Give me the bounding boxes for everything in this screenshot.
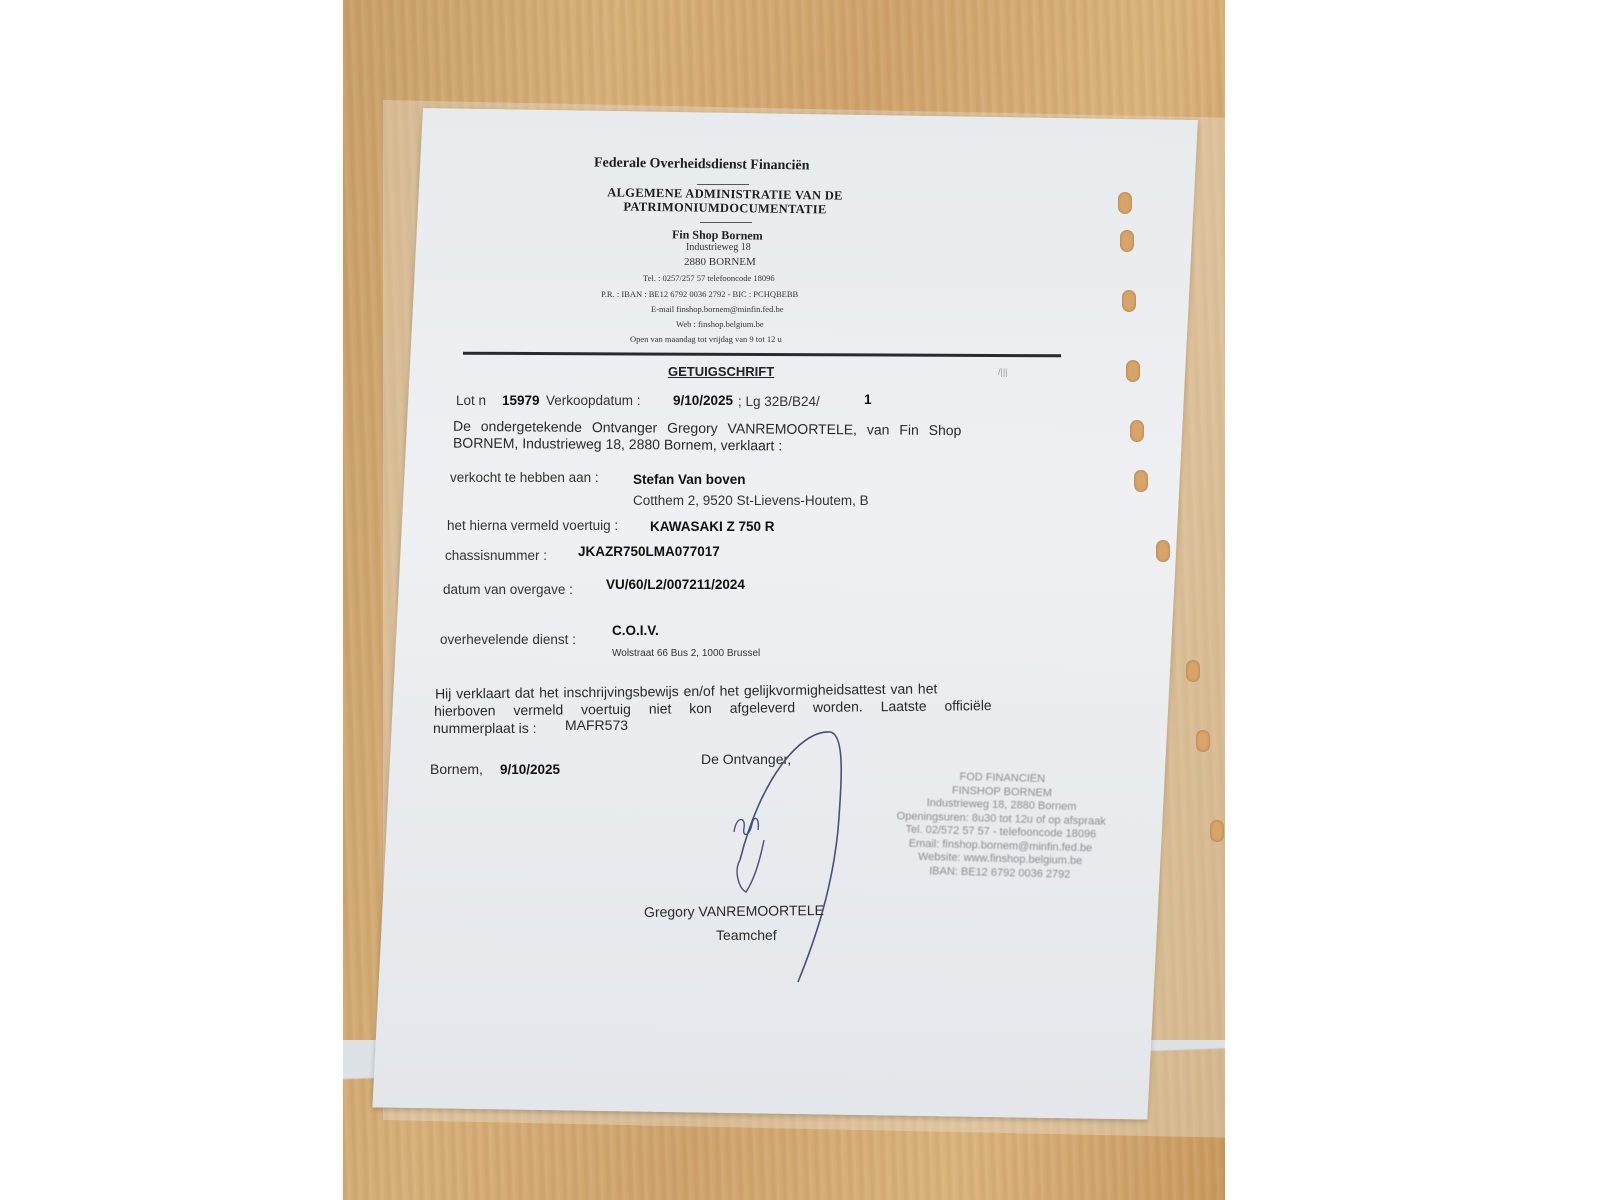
office-hours: Open van maandag tot vrijdag van 9 tot 1… (630, 334, 782, 344)
chassis-number: JKAZR750LMA077017 (578, 544, 720, 559)
punch-hole (1130, 420, 1144, 442)
transfer-service-label: overhevelende dienst : (440, 632, 576, 647)
sale-date: 9/10/2025 (673, 393, 733, 408)
lot-label: Lot n (456, 393, 486, 408)
agency-name: Federale Overheidsdienst Financiën (594, 155, 810, 174)
signatory-name: Gregory VANREMOORTELE (644, 902, 824, 920)
plate-label: nummerplaat is : (433, 720, 536, 736)
office-phone: Tel. : 0257/257 57 telefooncode 18096 (643, 273, 775, 283)
punch-hole (1196, 730, 1210, 752)
signature-icon (720, 720, 860, 990)
document-photo (343, 0, 1225, 1200)
vehicle-model: KAWASAKI Z 750 R (650, 519, 775, 534)
vehicle-label: het hierna vermeld voertuig : (447, 518, 618, 533)
office-street: Industrieweg 18 (686, 242, 751, 253)
punch-hole (1122, 290, 1136, 312)
sign-date: 9/10/2025 (500, 762, 560, 777)
plate-number: MAFR573 (565, 717, 628, 733)
lg-reference: ; Lg 32B/B24/ (738, 394, 820, 409)
sign-place: Bornem, (430, 761, 483, 777)
handover-reference: VU/60/L2/007211/2024 (606, 577, 745, 592)
office-city: 2880 BORNEM (684, 256, 756, 268)
lot-number: 15979 (502, 393, 540, 408)
transfer-service-name: C.O.I.V. (612, 623, 659, 638)
divider (697, 184, 749, 185)
handover-label: datum van overgave : (443, 582, 573, 597)
buyer-name: Stefan Van boven (633, 472, 746, 487)
office-stamp: FOD FINANCIËN FINSHOP BORNEM Industriewe… (875, 769, 1128, 884)
punch-hole (1118, 192, 1132, 214)
punch-hole (1156, 540, 1170, 562)
chassis-label: chassisnummer : (445, 548, 547, 563)
punch-hole (1126, 360, 1140, 382)
office-bank: P.R. : IBAN : BE12 6792 0036 2792 - BIC … (601, 289, 798, 299)
office-email: E-mail finshop.bornem@minfin.fed.be (651, 304, 783, 314)
punch-hole (1120, 230, 1134, 252)
punch-hole (1134, 470, 1148, 492)
signatory-role: Teamchef (716, 927, 777, 943)
punch-hole (1210, 820, 1224, 842)
office-web: Web : finshop.belgium.be (676, 319, 764, 329)
document-title: GETUIGSCHRIFT (668, 364, 774, 379)
buyer-label: verkocht te hebben aan : (450, 470, 599, 485)
buyer-address: Cotthem 2, 9520 St-Lievens-Houtem, B (633, 493, 869, 508)
punch-hole (1186, 660, 1200, 682)
divider (700, 222, 752, 223)
sale-date-label: Verkoopdatum : (546, 393, 641, 408)
lg-index: 1 (864, 392, 872, 407)
declaration-line2: BORNEM, Industrieweg 18, 2880 Bornem, ve… (453, 435, 782, 454)
transfer-service-address: Wolstraat 66 Bus 2, 1000 Brussel (612, 648, 760, 659)
corner-mark: /||| (998, 367, 1008, 377)
